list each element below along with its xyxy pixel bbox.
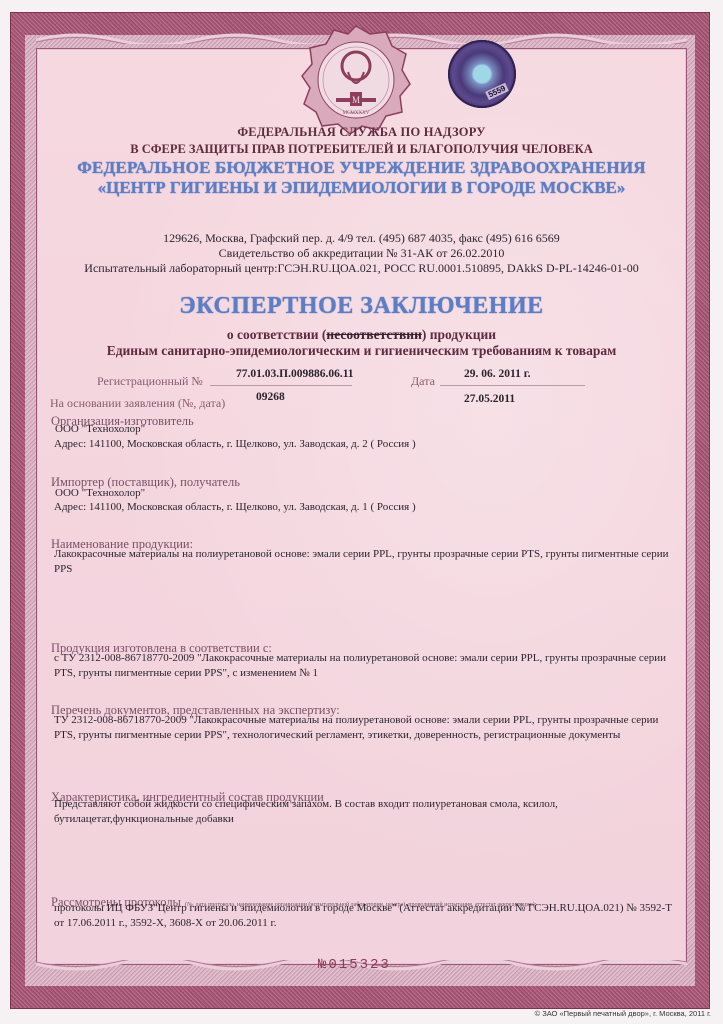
importer-name: ООО "Технохолор" xyxy=(55,486,145,501)
accreditation-certificate: Свидетельство об аккредитации № 31-АК от… xyxy=(0,246,723,261)
protocols-text: протоколы ИЦ ФБУЗ"Центр гигиены и эпидем… xyxy=(54,901,684,931)
document-subtitle-line-2: Единым санитарно-эпидемиологическим и ги… xyxy=(0,343,723,359)
registration-number-label: Регистрационный № xyxy=(97,374,203,389)
date-value: 29. 06. 2011 г. xyxy=(464,368,531,380)
manufacturer-name: ООО "Технохолор" xyxy=(55,422,145,437)
document-subtitle: о соответствии (несоответствии) продукци… xyxy=(0,327,723,343)
importer-address: Адрес: 141100, Московская область, г. Ще… xyxy=(54,500,416,515)
organization-line-2: «ЦЕНТР ГИГИЕНЫ И ЭПИДЕМИОЛОГИИ В ГОРОДЕ … xyxy=(0,178,723,198)
agency-line-1: ФЕДЕРАЛЬНАЯ СЛУЖБА ПО НАДЗОРУ xyxy=(0,125,723,140)
basis-label: На основании заявления (№, дата) xyxy=(50,396,225,411)
date-label: Дата xyxy=(411,374,435,389)
made-per-text: с ТУ 2312-008-86718770-2009 "Лакокрасочн… xyxy=(54,651,674,681)
organization-address: 129626, Москва, Графский пер. д. 4/9 тел… xyxy=(0,231,723,246)
agency-line-2: В СФЕРЕ ЗАЩИТЫ ПРАВ ПОТРЕБИТЕЛЕЙ И БЛАГО… xyxy=(0,142,723,157)
struck-word: несоответствии xyxy=(326,327,421,342)
organization-line-1: ФЕДЕРАЛЬНОЕ БЮДЖЕТНОЕ УЧРЕЖДЕНИЕ ЗДРАВОО… xyxy=(0,158,723,178)
printer-imprint: © ЗАО «Первый печатный двор», г. Москва,… xyxy=(535,1009,711,1018)
product-description: Лакокрасочные материалы на полиуретаново… xyxy=(54,547,674,577)
date-underline xyxy=(440,385,585,386)
registration-underline xyxy=(210,385,352,386)
certificate-serial-number: №015323 xyxy=(318,957,391,973)
basis-date: 27.05.2011 xyxy=(464,393,515,405)
manufacturer-address: Адрес: 141100, Московская область, г. Ще… xyxy=(54,437,416,452)
characteristics-text: Представляют собой жидкости со специфиче… xyxy=(54,797,614,827)
document-title: ЭКСПЕРТНОЕ ЗАКЛЮЧЕНИЕ xyxy=(0,293,723,320)
registration-number-value: 77.01.03.П.009886.06.11 xyxy=(236,368,354,380)
basis-number: 09268 xyxy=(256,391,285,403)
documents-text: ТУ 2312-008-86718770-2009 "Лакокрасочные… xyxy=(54,713,674,743)
lab-center-ids: Испытательный лабораторный центр:ГСЭН.RU… xyxy=(0,261,723,276)
